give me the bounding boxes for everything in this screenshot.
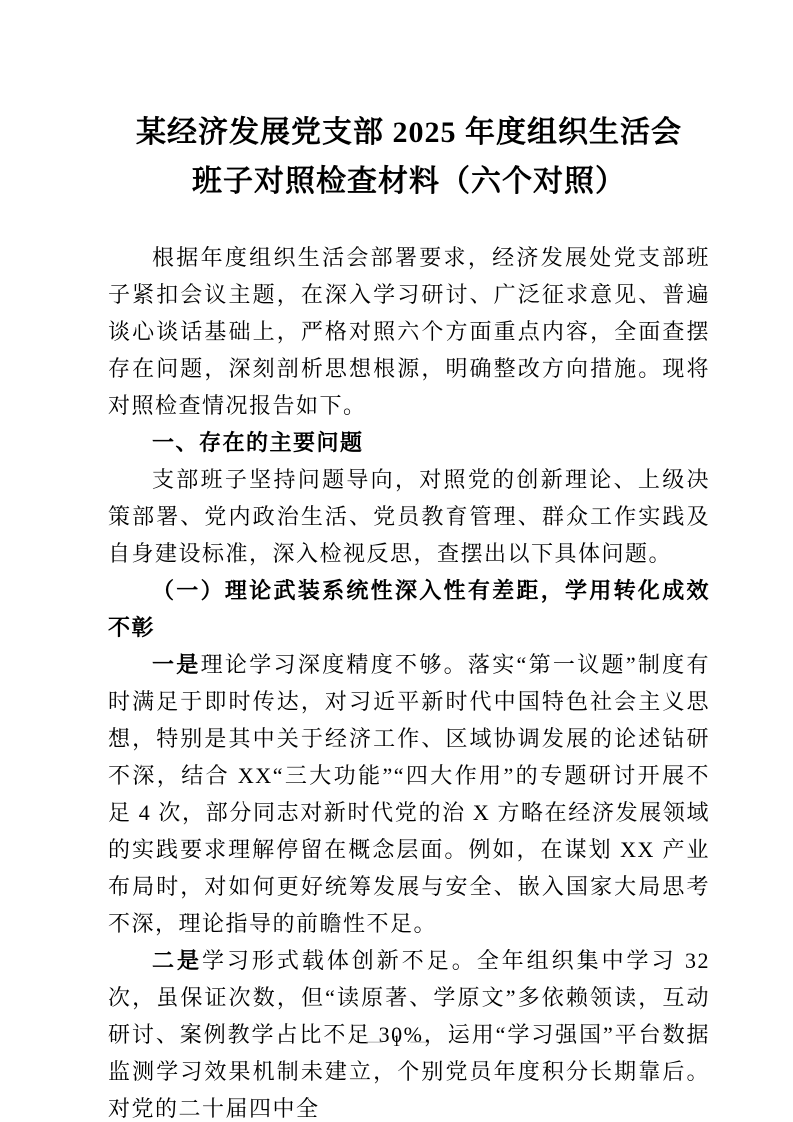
document-page: 某经济发展党支部 2025 年度组织生活会 班子对照检查材料（六个对照） 根据年… (0, 0, 793, 1122)
intro-paragraph: 根据年度组织生活会部署要求，经济发展处党支部班子紧扣会议主题，在深入学习研讨、广… (108, 239, 710, 424)
item-1-text: 理论学习深度精度不够。落实“第一议题”制度有时满足于即时传达，对习近平新时代中国… (108, 652, 710, 936)
document-title-line-1: 某经济发展党支部 2025 年度组织生活会 (108, 108, 710, 157)
section-heading-1: 一、存在的主要问题 (108, 424, 710, 461)
item-2-lead: 二是 (152, 948, 202, 973)
page-number: 1 (393, 1033, 401, 1050)
item-paragraph-1: 一是理论学习深度精度不够。落实“第一议题”制度有时满足于即时传达，对习近平新时代… (108, 646, 710, 942)
section-lead-paragraph: 支部班子坚持问题导向，对照党的创新理论、上级决策部署、党内政治生活、党员教育管理… (108, 461, 710, 572)
footer-left-dash: — (367, 1033, 383, 1050)
subsection-heading-1: （一）理论武装系统性深入性有差距，学用转化成效不彰 (108, 572, 710, 646)
document-body: 根据年度组织生活会部署要求，经济发展处党支部班子紧扣会议主题，在深入学习研讨、广… (108, 239, 710, 1122)
document-title: 某经济发展党支部 2025 年度组织生活会 班子对照检查材料（六个对照） (108, 108, 710, 206)
item-1-lead: 一是 (152, 652, 201, 677)
page-footer: —1— (0, 1031, 793, 1053)
document-title-line-2: 班子对照检查材料（六个对照） (108, 157, 710, 206)
footer-right-dash: — (411, 1033, 427, 1050)
document-content: 某经济发展党支部 2025 年度组织生活会 班子对照检查材料（六个对照） 根据年… (108, 0, 710, 1122)
